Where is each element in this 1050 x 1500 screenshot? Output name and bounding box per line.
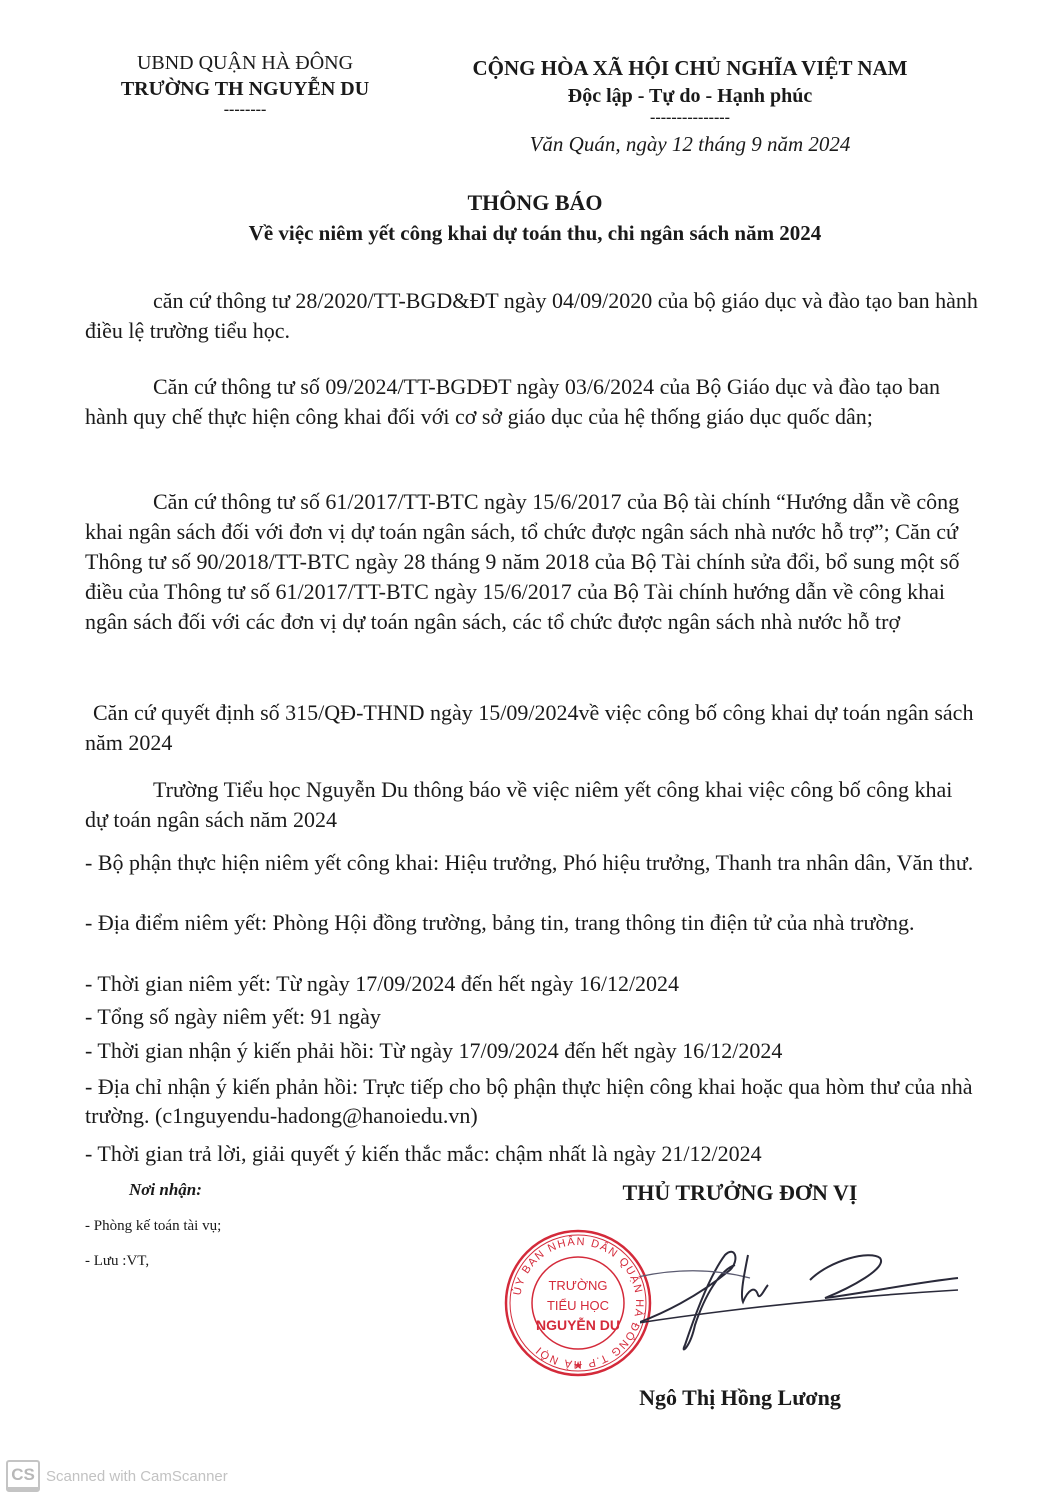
detail-item-feedback-period: - Thời gian nhận ý kiến phải hồi: Từ ngà… — [85, 1036, 980, 1065]
issuing-authority-block: UBND QUẬN HÀ ĐÔNG TRƯỜNG TH NGUYỄN DU --… — [90, 50, 400, 118]
legal-basis-paragraph: căn cứ thông tư 28/2020/TT-BGD&ĐT ngày 0… — [85, 286, 980, 346]
place-date: Văn Quán, ngày 12 tháng 9 năm 2024 — [440, 132, 940, 157]
document-title-block: THÔNG BÁO Về việc niêm yết công khai dự … — [90, 188, 980, 248]
header-left-separator: -------- — [90, 102, 400, 118]
detail-item-location: - Địa điểm niêm yết: Phòng Hội đồng trườ… — [85, 908, 980, 937]
official-stamp-icon: ỦY BAN NHÂN DÂN QUẬN HÀ ĐÔNG T.P HÀ NỘI … — [503, 1228, 653, 1378]
national-header-block: CỘNG HÒA XÃ HỘI CHỦ NGHĨA VIỆT NAM Độc l… — [440, 54, 940, 126]
school-name: TRƯỜNG TH NGUYỄN DU — [90, 76, 400, 102]
legal-basis-paragraph: Căn cứ thông tư số 61/2017/TT-BTC ngày 1… — [85, 487, 980, 637]
watermark-text: Scanned with CamScanner — [46, 1468, 228, 1485]
recipients-heading: Nơi nhận: — [85, 1180, 445, 1200]
detail-item-total-days: - Tổng số ngày niêm yết: 91 ngày — [85, 1002, 980, 1031]
announcement-paragraph: Trường Tiểu học Nguyễn Du thông báo về v… — [85, 775, 980, 835]
signer-name: Ngô Thị Hồng Lương — [560, 1385, 920, 1411]
detail-item-response-deadline: - Thời gian trả lời, giải quyết ý kiến t… — [85, 1139, 980, 1168]
document-subtitle: Về việc niêm yết công khai dự toán thu, … — [90, 218, 980, 248]
svg-text:★: ★ — [573, 1360, 583, 1372]
legal-basis-paragraph: Căn cứ thông tư số 09/2024/TT-BGDĐT ngày… — [85, 372, 980, 432]
recipients-block: Nơi nhận: - Phòng kế toán tài vụ; - Lưu … — [85, 1180, 445, 1270]
stamp-line2: TIỂU HỌC — [547, 1298, 609, 1313]
country-name: CỘNG HÒA XÃ HỘI CHỦ NGHĨA VIỆT NAM — [440, 54, 940, 82]
camscanner-logo-icon: CS — [6, 1460, 40, 1492]
header-right-separator: --------------- — [440, 110, 940, 126]
recipient-item: - Lưu :VT, — [85, 1253, 445, 1270]
detail-item-posting-period: - Thời gian niêm yết: Từ ngày 17/09/2024… — [85, 969, 980, 998]
document-title: THÔNG BÁO — [90, 188, 980, 218]
detail-item-department: - Bộ phận thực hiện niêm yết công khai: … — [85, 848, 980, 877]
stamp-line1: TRƯỜNG — [548, 1278, 607, 1293]
authority-name: UBND QUẬN HÀ ĐÔNG — [90, 50, 400, 76]
camscanner-watermark: CS Scanned with CamScanner — [6, 1458, 228, 1494]
stamp-line3: NGUYỄN DU — [536, 1317, 620, 1333]
national-motto: Độc lập - Tự do - Hạnh phúc — [440, 82, 940, 110]
detail-item-feedback-address: - Địa chỉ nhận ý kiến phản hồi: Trực tiế… — [85, 1072, 980, 1130]
signer-title: THỦ TRƯỞNG ĐƠN VỊ — [560, 1180, 920, 1206]
recipient-item: - Phòng kế toán tài vụ; — [85, 1218, 445, 1235]
decision-paragraph: Căn cứ quyết định số 315/QĐ-THND ngày 15… — [85, 698, 980, 758]
handwritten-signature-icon — [640, 1240, 960, 1360]
